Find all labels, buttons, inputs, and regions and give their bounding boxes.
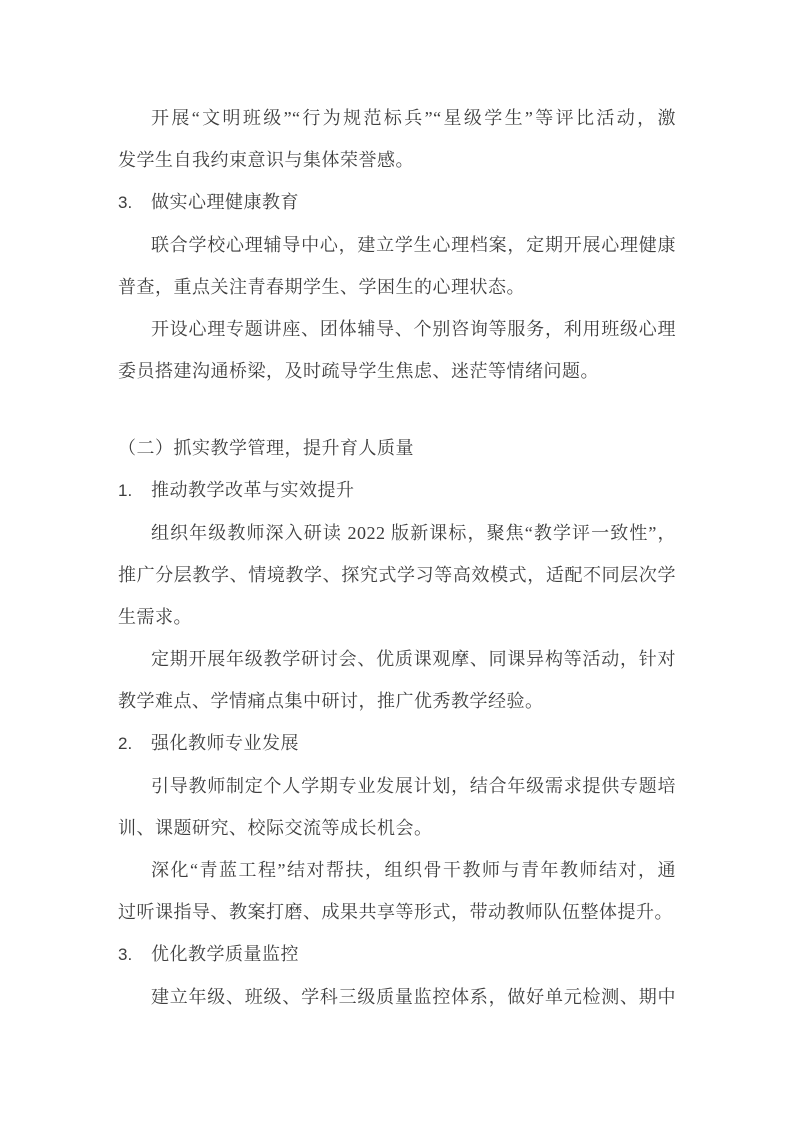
paragraph-line: 过听课指导、教案打磨、成果共享等形式，带动教师队伍整体提升。 (118, 891, 676, 933)
paragraph-line: 开设心理专题讲座、团体辅导、个别咨询等服务，利用班级心理 (118, 308, 676, 350)
paragraph-line: 发学生自我约束意识与集体荣誉感。 (118, 139, 676, 181)
paragraph-line: 引导教师制定个人学期专业发展计划，结合年级需求提供专题培 (118, 765, 676, 807)
paragraph-line: 生需求。 (118, 596, 676, 638)
paragraph-line: 普查，重点关注青春期学生、学困生的心理状态。 (118, 266, 676, 308)
numbered-item: 3.优化教学质量监控 (118, 933, 676, 976)
item-label: 推动教学改革与实效提升 (151, 480, 355, 500)
paragraph-line: 定期开展年级教学研讨会、优质课观摩、同课异构等活动，针对 (118, 638, 676, 680)
numbered-item: 1.推动教学改革与实效提升 (118, 469, 676, 512)
document-page: 开展“文明班级”“行为规范标兵”“星级学生”等评比活动，激发学生自我约束意识与集… (0, 0, 793, 1122)
item-number: 1. (118, 470, 151, 512)
paragraph-line: 组织年级教师深入研读 2022 版新课标，聚焦“教学评一致性”， (118, 512, 676, 554)
section-heading: （二）抓实教学管理，提升育人质量 (118, 427, 676, 469)
paragraph-line: 教学难点、学情痛点集中研讨，推广优秀教学经验。 (118, 680, 676, 722)
item-number: 3. (118, 934, 151, 976)
item-label: 做实心理健康教育 (151, 192, 299, 212)
paragraph-spacer (118, 392, 676, 427)
paragraph-line: 建立年级、班级、学科三级质量监控体系，做好单元检测、期中 (118, 976, 676, 1018)
paragraph-line: 委员搭建沟通桥梁，及时疏导学生焦虑、迷茫等情绪问题。 (118, 350, 676, 392)
item-label: 强化教师专业发展 (151, 733, 299, 753)
numbered-item: 2.强化教师专业发展 (118, 722, 676, 765)
paragraph-line: 联合学校心理辅导中心，建立学生心理档案，定期开展心理健康 (118, 224, 676, 266)
paragraph-line: 训、课题研究、校际交流等成长机会。 (118, 807, 676, 849)
item-label: 优化教学质量监控 (151, 944, 299, 964)
item-number: 3. (118, 182, 151, 224)
numbered-item: 3.做实心理健康教育 (118, 181, 676, 224)
document-content: 开展“文明班级”“行为规范标兵”“星级学生”等评比活动，激发学生自我约束意识与集… (118, 97, 676, 1018)
paragraph-line: 推广分层教学、情境教学、探究式学习等高效模式，适配不同层次学 (118, 554, 676, 596)
item-number: 2. (118, 723, 151, 765)
paragraph-line: 开展“文明班级”“行为规范标兵”“星级学生”等评比活动，激 (118, 97, 676, 139)
paragraph-line: 深化“青蓝工程”结对帮扶，组织骨干教师与青年教师结对，通 (118, 849, 676, 891)
